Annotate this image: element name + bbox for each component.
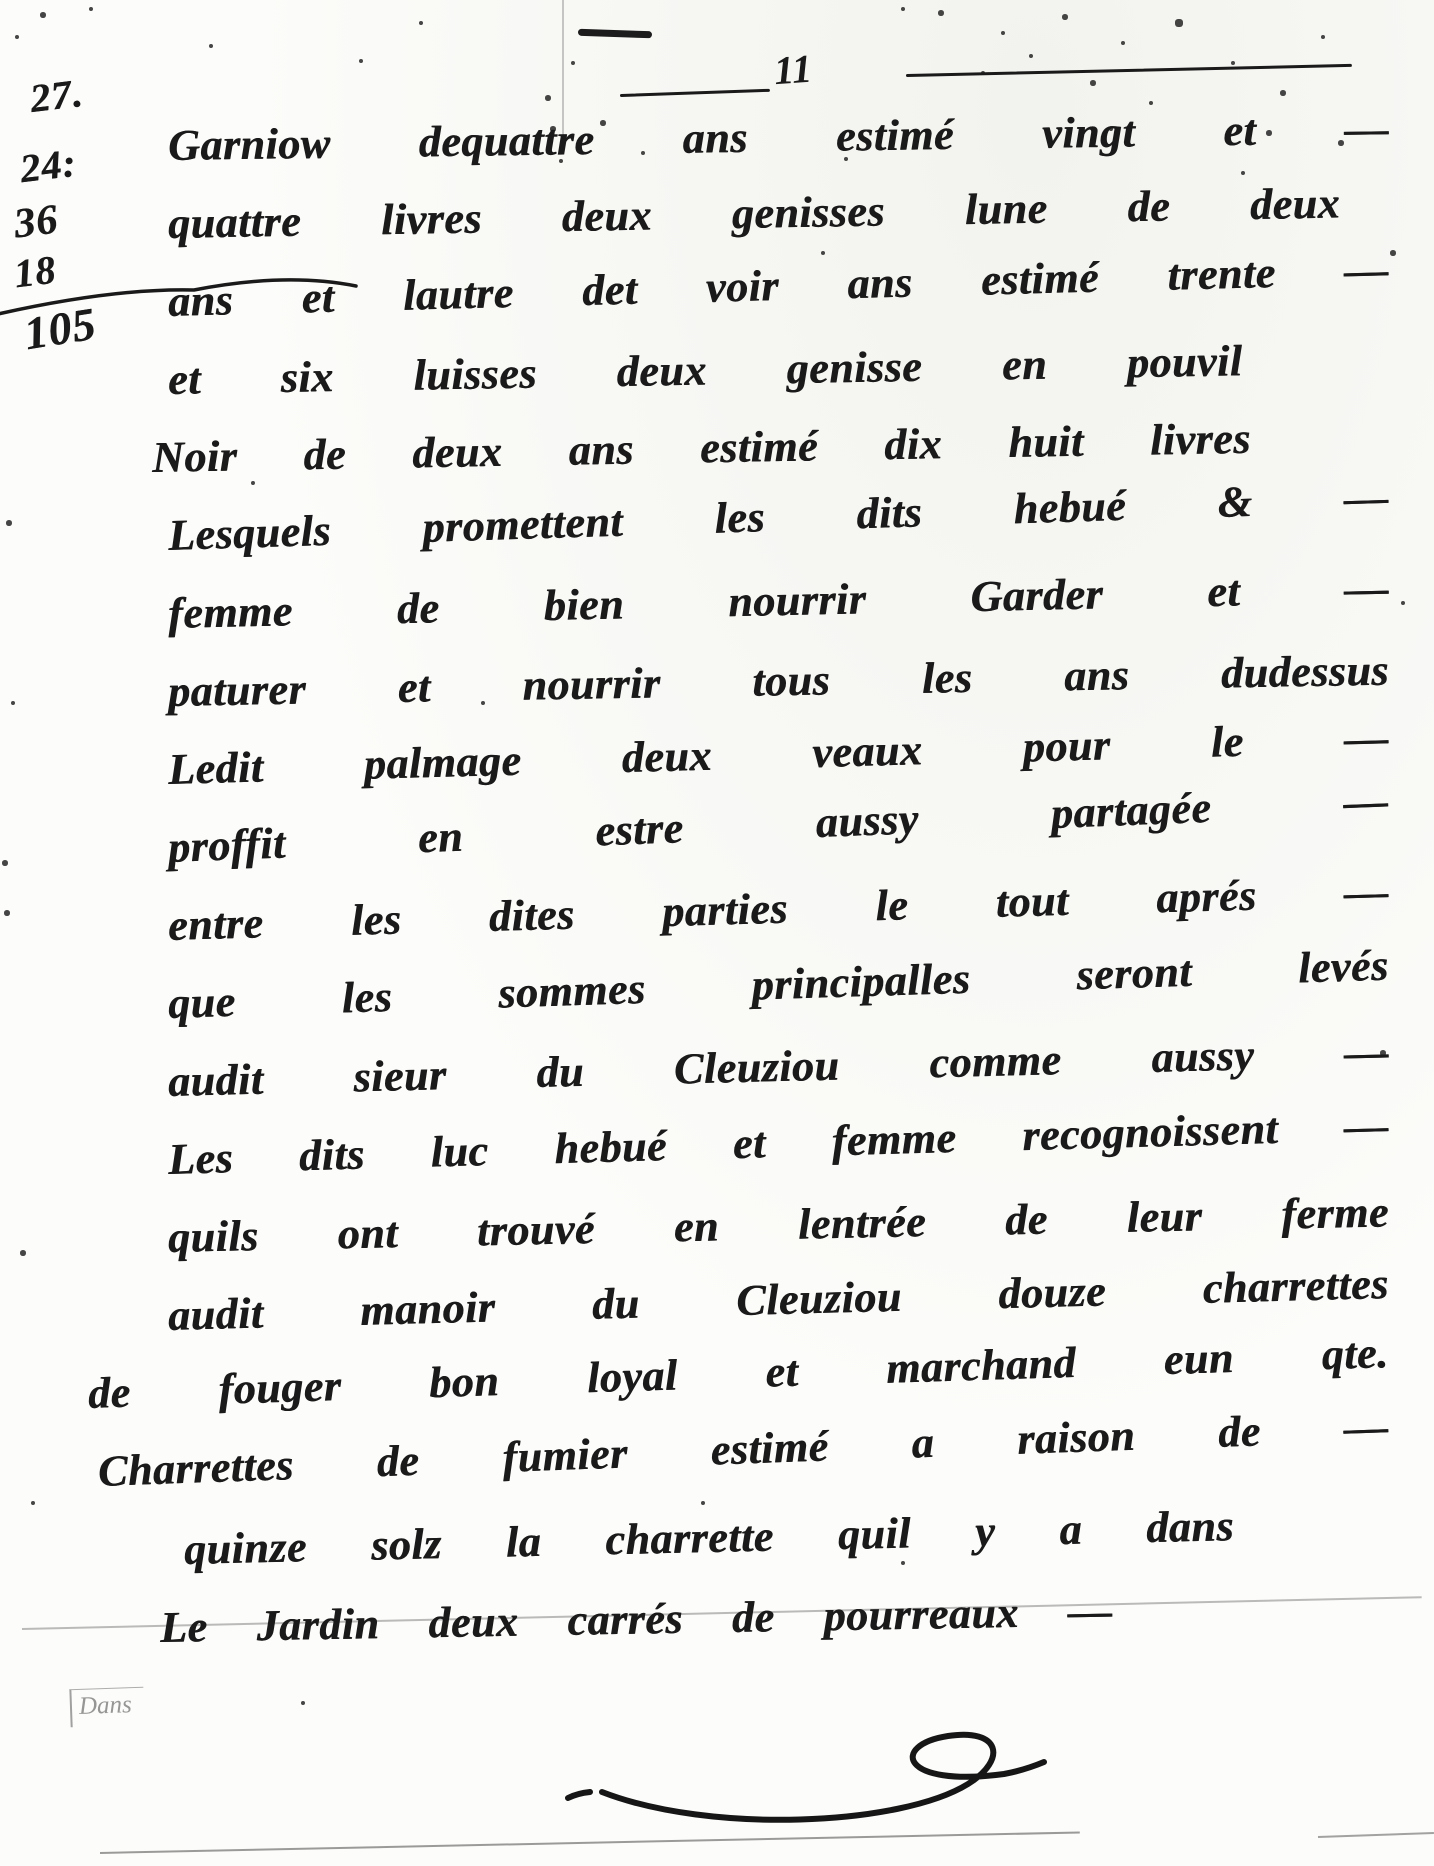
margin-number-1: 27. <box>27 69 85 122</box>
manuscript-line-18: Charrettes de fumier estimé a raison de … <box>97 1403 1389 1496</box>
manuscript-line-13: audit sieur du Cleuziou comme aussy — <box>167 1028 1389 1106</box>
manuscript-line-9: Ledit palmage deux veaux pour le — <box>167 714 1389 794</box>
manuscript-line-6: Lesquels promettent les dits hebué & — <box>167 474 1389 560</box>
manuscript-line-14: Les dits luc hebué et femme recognoissen… <box>167 1102 1389 1184</box>
bottom-crease-fragment <box>1318 1832 1434 1838</box>
manuscript-line-10: proffit en estre aussy partagée — <box>167 777 1389 872</box>
manuscript-line-19: quinze solz la charrette quil y a dans <box>183 1502 1234 1574</box>
margin-number-3: 36 <box>11 195 61 248</box>
ink-blot-dash <box>578 29 652 39</box>
margin-total: 105 <box>20 297 99 361</box>
dans-stamp: Dans <box>69 1687 144 1728</box>
manuscript-body: Garniow dequattre ans estimé vingt et — … <box>168 122 1389 1682</box>
manuscript-line-8: paturer et nourrir tous les ans dudessus <box>168 647 1390 716</box>
manuscript-line-3: ans et lautre det voir ans estimé trente… <box>167 246 1389 326</box>
page-number-strike-right <box>906 64 1352 77</box>
manuscript-line-1: Garniow dequattre ans estimé vingt et — <box>168 105 1390 170</box>
manuscript-line-15: quils ont trouvé en lentrée de leur ferm… <box>167 1188 1389 1262</box>
page-number: 11 <box>772 45 813 95</box>
manuscript-line-20: Le Jardin deux carrés de pourreaux — <box>160 1587 1113 1652</box>
margin-number-2: 24: <box>17 139 79 193</box>
manuscript-line-5: Noir de deux ans estimé dix huit livres <box>152 415 1252 482</box>
manuscript-line-2: quattre livres deux genisses lune de deu… <box>168 180 1341 248</box>
manuscript-line-17: de fouger bon loyal et marchand eun qte. <box>87 1329 1389 1418</box>
manuscript-line-4: et six luisses deux genisse en pouvil <box>168 337 1243 404</box>
page-number-strike-left <box>620 89 770 97</box>
manuscript-line-11: entre les dites parties le tout aprés — <box>167 868 1389 950</box>
paraph-flourish-icon <box>560 1712 1060 1852</box>
manuscript-line-12: que les sommes principalles seront levés <box>167 942 1389 1028</box>
manuscript-line-16: audit manoir du Cleuziou douze charrette… <box>167 1260 1389 1340</box>
manuscript-line-7: femme de bien nourrir Garder et — <box>167 564 1389 638</box>
manuscript-page: 27. 24: 36 18 105 11 Garniow dequattre a… <box>0 0 1434 1866</box>
scan-speckles <box>0 0 2 2</box>
